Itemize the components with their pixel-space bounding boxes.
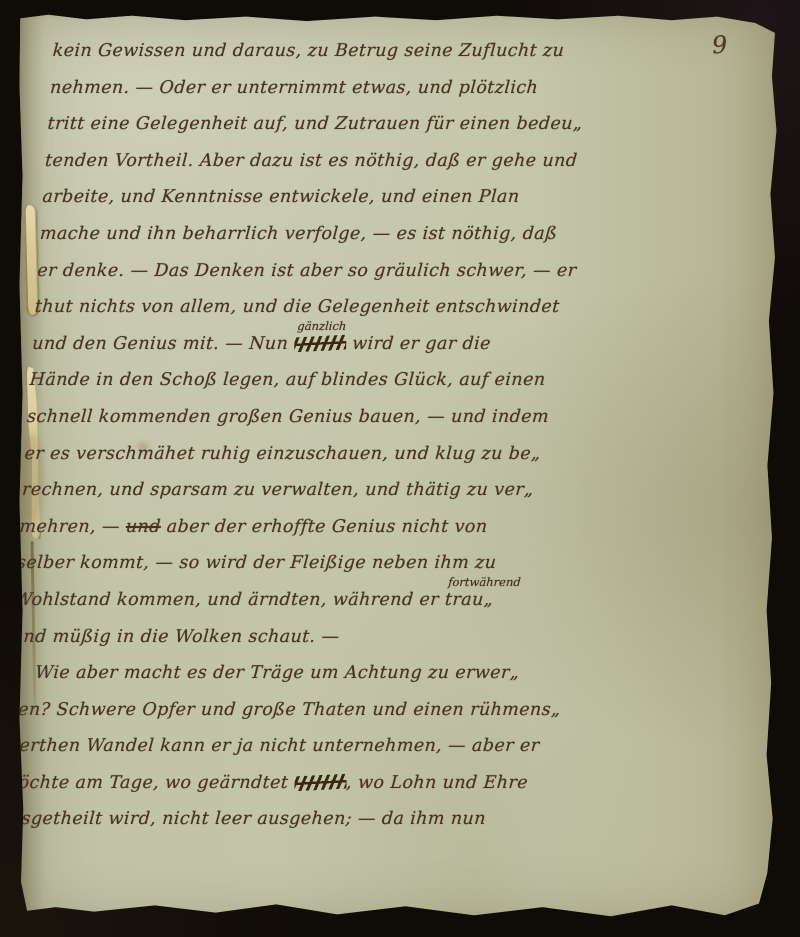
handwriting-line: er es verschmähet ruhig einzuschauen, un…: [23, 436, 718, 473]
handwriting-line: nehmen. — Oder er unternimmt etwas, und …: [49, 70, 744, 107]
handwriting-text: , wo Lohn und Ehre: [346, 773, 529, 793]
handwriting-text: mache und ihn beharrlich verfolge, — es …: [39, 224, 558, 244]
scan-background: 9 kein Gewissen und daraus, zu Betrug se…: [0, 0, 800, 937]
handwriting-line: Wie aber macht es der Träge um Achtung z…: [8, 655, 703, 692]
handwriting-line: ausgetheilt wird, nicht leer ausgehen; —…: [0, 801, 692, 838]
handwriting-line: ben? Schwere Opfer und große Thaten und …: [5, 692, 700, 729]
handwriting-text: tenden Vortheil. Aber dazu ist es nöthig…: [44, 151, 578, 171]
handwriting-line: und den Genius mit. — Nun gänzlich wird …: [31, 326, 726, 363]
handwriting-text: selber kommt, — so wird der Fleißige neb…: [16, 553, 497, 573]
handwriting-line: arbeite, und Kenntnisse entwickele, und …: [41, 179, 736, 216]
handwriting-line: selber kommt, — so wird der Fleißige neb…: [16, 545, 711, 582]
interlinear-insertion: fortwährend: [448, 576, 521, 588]
struck-word: und: [125, 517, 161, 537]
correction-wrap: gänzlich: [294, 334, 347, 354]
handwriting-line: rechnen, und sparsam zu verwalten, und t…: [21, 472, 716, 509]
handwriting-line: Hände in den Schoß legen, auf blindes Gl…: [28, 362, 723, 399]
handwriting-text: tritt eine Gelegenheit auf, und Zutrauen…: [47, 114, 583, 134]
scribbled-out-word: [294, 774, 346, 792]
handwriting-line: mache und ihn beharrlich verfolge, — es …: [39, 216, 734, 253]
handwriting-line: kein Gewissen und daraus, zu Betrug sein…: [51, 33, 746, 70]
handwriting-lines: kein Gewissen und daraus, zu Betrug sein…: [0, 33, 746, 838]
interlinear-insertion: gänzlich: [297, 320, 347, 332]
handwriting-text: schnell kommenden großen Genius bauen, —…: [26, 407, 549, 427]
handwriting-line: möchte am Tage, wo geärndtet , wo Lohn u…: [0, 765, 695, 802]
manuscript-page: 9 kein Gewissen und daraus, zu Betrug se…: [18, 13, 778, 918]
handwriting-line: tenden Vortheil. Aber dazu ist es nöthig…: [44, 143, 739, 180]
handwriting-text: ben? Schwere Opfer und große Thaten und …: [6, 700, 561, 720]
handwriting-text: mehren, —: [19, 517, 127, 537]
scribbled-out-word: [294, 334, 346, 352]
handwriting-text: kein Gewissen und daraus, zu Betrug sein…: [52, 41, 565, 61]
handwriting-line: und müßig in die Wolken schaut. —: [10, 619, 705, 656]
handwriting-text: rechnen, und sparsam zu verwalten, und t…: [21, 480, 534, 500]
handwriting-text: Wie aber macht es der Träge um Achtung z…: [35, 663, 520, 683]
handwriting-text: thut nichts von allem, und die Gelegenhe…: [34, 297, 560, 317]
handwriting-line: Wohlstand kommen, und ärndten, während e…: [13, 582, 708, 619]
handwriting-text: trau„: [444, 590, 494, 610]
handwriting-line: werthen Wandel kann er ja nicht unterneh…: [3, 728, 698, 765]
handwriting-text: werthen Wandel kann er ja nicht unterneh…: [3, 736, 540, 756]
handwriting-line: schnell kommenden großen Genius bauen, —…: [26, 399, 721, 436]
correction-wrap: fortwährendtrau„: [444, 590, 494, 610]
handwriting-text: Wohlstand kommen, und ärndten, während e…: [14, 590, 446, 610]
handwriting-text: Hände in den Schoß legen, auf blindes Gl…: [29, 370, 546, 390]
handwriting-text: er es verschmähet ruhig einzuschauen, un…: [24, 444, 541, 464]
handwriting-text: arbeite, und Kenntnisse entwickele, und …: [42, 187, 520, 207]
handwriting-text: er denke. — Das Denken ist aber so gräul…: [37, 261, 578, 281]
handwriting-text: und den Genius mit. — Nun: [32, 334, 295, 354]
handwriting-text: ausgetheilt wird, nicht leer ausgehen; —…: [0, 809, 487, 829]
handwriting-text: nehmen. — Oder er unternimmt etwas, und …: [49, 78, 538, 98]
handwriting-text: wird er gar die: [346, 334, 492, 354]
handwriting-line: thut nichts von allem, und die Gelegenhe…: [34, 289, 729, 326]
handwriting-text: aber der erhoffte Genius nicht von: [160, 517, 488, 537]
handwriting-line: mehren, — und aber der erhoffte Genius n…: [18, 509, 713, 546]
handwriting-text: möchte am Tage, wo geärndtet: [1, 773, 295, 793]
handwriting-line: tritt eine Gelegenheit auf, und Zutrauen…: [46, 106, 741, 143]
handwriting-line: er denke. — Das Denken ist aber so gräul…: [36, 253, 731, 290]
handwriting-text: und müßig in die Wolken schaut. —: [11, 627, 340, 647]
